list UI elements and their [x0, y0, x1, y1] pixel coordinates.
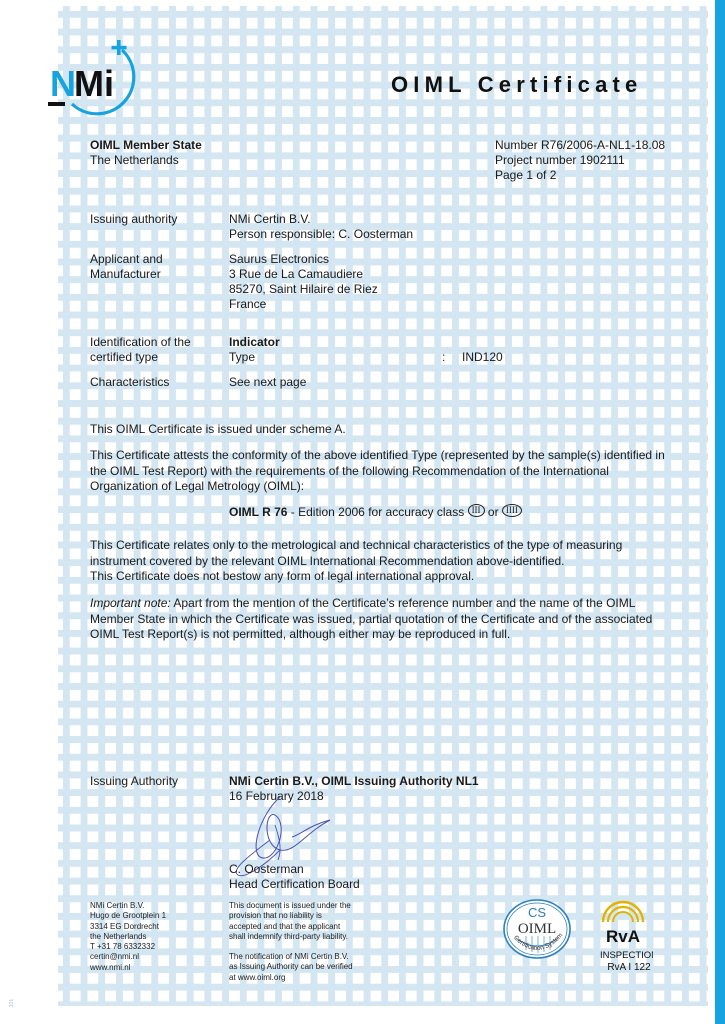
- or-text: or: [485, 505, 502, 519]
- document-code: 101: [9, 999, 15, 1007]
- footer-line: at www.oiml.org: [229, 973, 353, 983]
- field-label: Applicant and Manufacturer: [90, 252, 228, 282]
- field-label: Issuing authority: [90, 212, 228, 227]
- relates-text: This Certificate relates only to the met…: [90, 538, 680, 569]
- address-line: France: [229, 297, 669, 312]
- member-state: OIML Member State The Netherlands: [90, 138, 202, 168]
- recommendation-text: - Edition 2006 for accuracy class: [287, 505, 467, 519]
- footer-line: NMi Certin B.V.: [90, 901, 166, 911]
- signer-name: C. Oosterman: [229, 862, 669, 877]
- footer-line: Hugo de Grootplein 1: [90, 911, 166, 921]
- member-state-label: OIML Member State: [90, 138, 202, 153]
- label-line: Identification of the: [90, 335, 228, 350]
- footer-line: the Netherlands: [90, 932, 166, 942]
- person-responsible: Person responsible: C. Oosterman: [229, 227, 669, 242]
- accuracy-class-badge: III: [468, 504, 485, 517]
- footer-line: 3314 EG Dordrecht: [90, 922, 166, 932]
- scheme-statement: This OIML Certificate is issued under sc…: [90, 422, 680, 438]
- field-value: See next page: [229, 375, 669, 390]
- certificate-number: Number R76/2006-A-NL1-18.08: [495, 138, 665, 153]
- footer-line: The notification of NMi Certin B.V.: [229, 952, 353, 962]
- oiml-certification-logo: CS OIML Certification System: [502, 898, 572, 960]
- field-value: Saurus Electronics 3 Rue de La Camaudier…: [229, 252, 669, 312]
- separator: :: [442, 350, 445, 365]
- authority-name: NMi Certin B.V.: [229, 212, 669, 227]
- recommendation-id: OIML R 76: [229, 505, 287, 519]
- svg-text:Mi: Mi: [74, 63, 114, 104]
- scope-text: This Certificate relates only to the met…: [90, 538, 680, 585]
- label-line: Manufacturer: [90, 267, 228, 282]
- page-indicator: Page 1 of 2: [495, 168, 665, 183]
- rva-inspection-logo: RvA INSPECTION RvA I 122: [593, 900, 653, 975]
- recommendation-line: OIML R 76 - Edition 2006 for accuracy cl…: [229, 504, 522, 519]
- field-label: Issuing Authority: [90, 774, 228, 789]
- footer-line: This document is issued under the: [229, 901, 353, 911]
- field-label: Characteristics: [90, 375, 228, 390]
- footer-line: shall indemnify third-party liability.: [229, 932, 353, 942]
- footer-phone: T +31 78 6332332: [90, 942, 166, 952]
- field-label: Identification of the certified type: [90, 335, 228, 365]
- svg-text:OIML: OIML: [518, 921, 556, 937]
- svg-text:RvA: RvA: [606, 927, 640, 946]
- field-value: NMi Certin B.V. Person responsible: C. O…: [229, 212, 669, 242]
- note-text: Apart from the mention of the Certificat…: [90, 596, 652, 641]
- type-label: Type: [229, 350, 255, 364]
- svg-text:RvA I 122: RvA I 122: [607, 962, 651, 973]
- page-title: OIML Certificate: [391, 72, 643, 98]
- label-line: Applicant and: [90, 252, 228, 267]
- issuing-authority-name: NMi Certin B.V., OIML Issuing Authority …: [229, 774, 669, 789]
- footer-line: accepted and that the applicant: [229, 922, 353, 932]
- field-value: Indicator Type : IND120: [229, 335, 669, 365]
- note-label: Important note:: [90, 596, 171, 610]
- svg-text:CS: CS: [528, 905, 546, 920]
- instrument-name: Indicator: [229, 335, 669, 350]
- footer-line: as Issuing Authority can be verified: [229, 962, 353, 972]
- address-line: 85270, Saint Hilaire de Riez: [229, 282, 669, 297]
- certificate-meta: Number R76/2006-A-NL1-18.08 Project numb…: [495, 138, 665, 183]
- type-value: IND120: [462, 350, 503, 365]
- nmi-logo: N Mi: [44, 38, 144, 118]
- accuracy-class-badge: IIII: [502, 504, 522, 517]
- svg-text:N: N: [50, 63, 76, 104]
- footer-address: NMi Certin B.V. Hugo de Grootplein 1 331…: [90, 901, 166, 973]
- field-value: C. Oosterman Head Certification Board: [229, 862, 669, 892]
- footer-website[interactable]: www.nmi.nl: [90, 963, 166, 973]
- member-state-value: The Netherlands: [90, 153, 202, 168]
- attestation-text: This Certificate attests the conformity …: [90, 448, 680, 495]
- svg-text:INSPECTION: INSPECTION: [600, 950, 653, 961]
- brand-stripe: [715, 0, 725, 1024]
- address-line: 3 Rue de La Camaudiere: [229, 267, 669, 282]
- project-number: Project number 1902111: [495, 153, 665, 168]
- footer-email[interactable]: certin@nmi.nl: [90, 952, 166, 962]
- applicant-name: Saurus Electronics: [229, 252, 669, 267]
- label-line: certified type: [90, 350, 228, 365]
- footer-line: provision that no liability is: [229, 911, 353, 921]
- no-legal-text: This Certificate does not bestow any for…: [90, 569, 680, 585]
- footer-liability: This document is issued under the provis…: [229, 901, 353, 983]
- important-note: Important note: Apart from the mention o…: [90, 596, 680, 643]
- signer-role: Head Certification Board: [229, 877, 669, 892]
